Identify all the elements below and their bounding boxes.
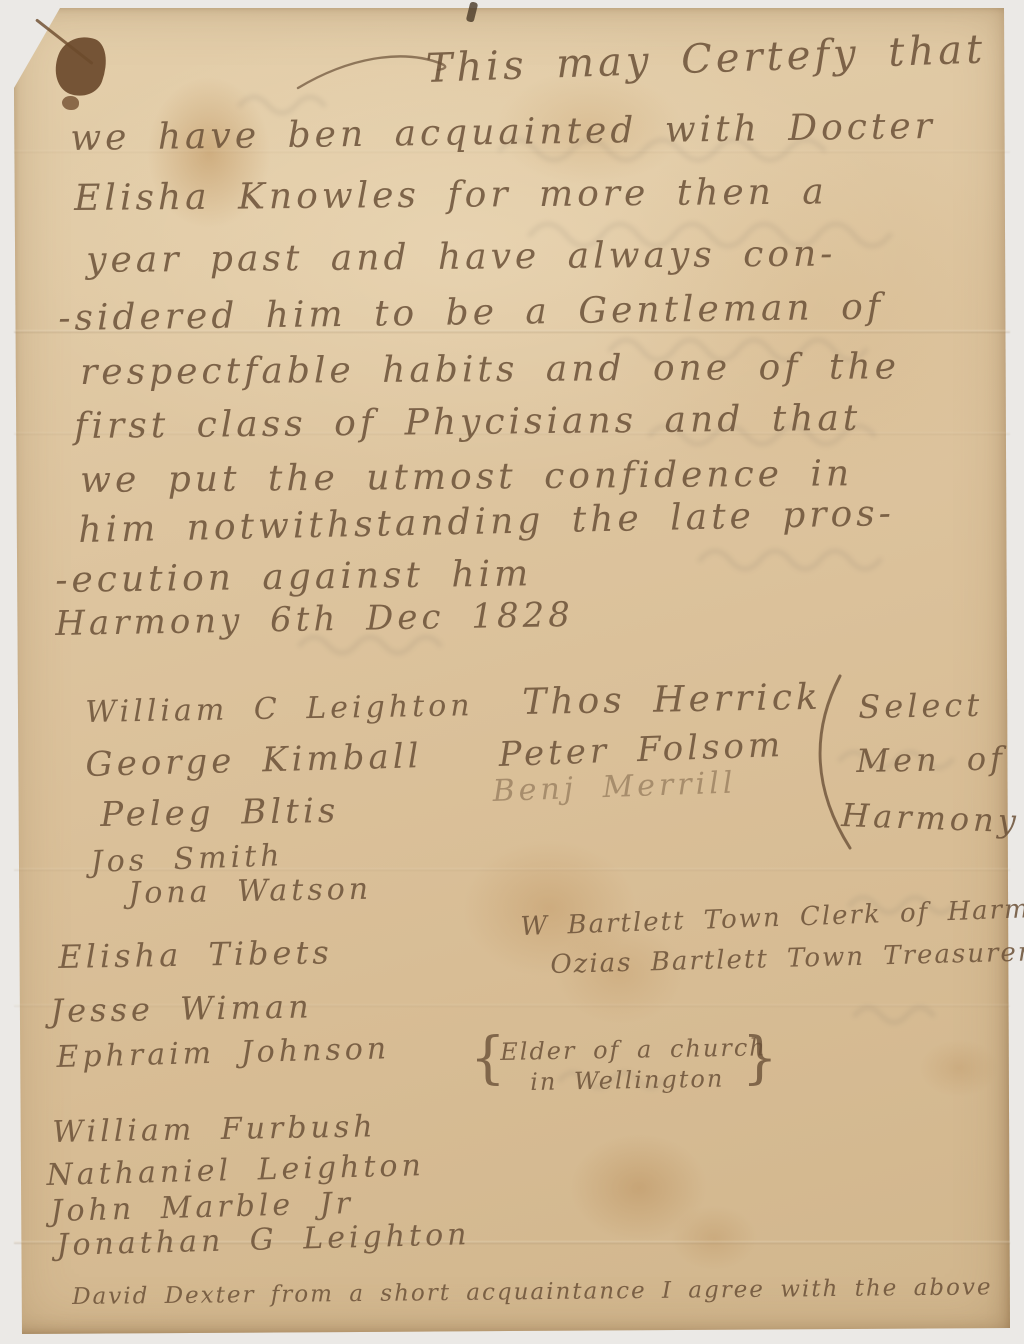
signature: Elisha Tibets [58, 933, 333, 976]
ink-blot-drip [62, 96, 79, 110]
right-brace: } [742, 1026, 778, 1091]
signature: Jesse Wiman [50, 987, 313, 1030]
signature: Jona Watson [128, 872, 372, 911]
signature: Thos Herrick [522, 677, 822, 723]
scanned-letter: This may Certefy that we have ben acquai… [0, 0, 1024, 1344]
selectmen-label-line: Select [858, 686, 983, 726]
elder-note-line: in Wellington [530, 1065, 725, 1096]
selectmen-label-line: Harmony [841, 796, 1021, 840]
body-line: we put the utmost confidence in [80, 453, 853, 501]
signature: William Furbush [52, 1109, 377, 1150]
selectmen-label-line: Men of [856, 739, 1006, 780]
body-line: Elisha Knowles for more then a [74, 171, 828, 219]
signature: William C Leighton [85, 688, 474, 730]
body-line: respectfable habits and one of the [80, 346, 900, 393]
elder-note-line: Elder of a church [500, 1033, 767, 1066]
body-line: -ecution against him [55, 553, 533, 601]
body-line: year past and have always con- [86, 233, 837, 281]
body-line: first class of Phycisians and that [74, 398, 861, 447]
signature: Peleg Bltis [100, 791, 340, 835]
